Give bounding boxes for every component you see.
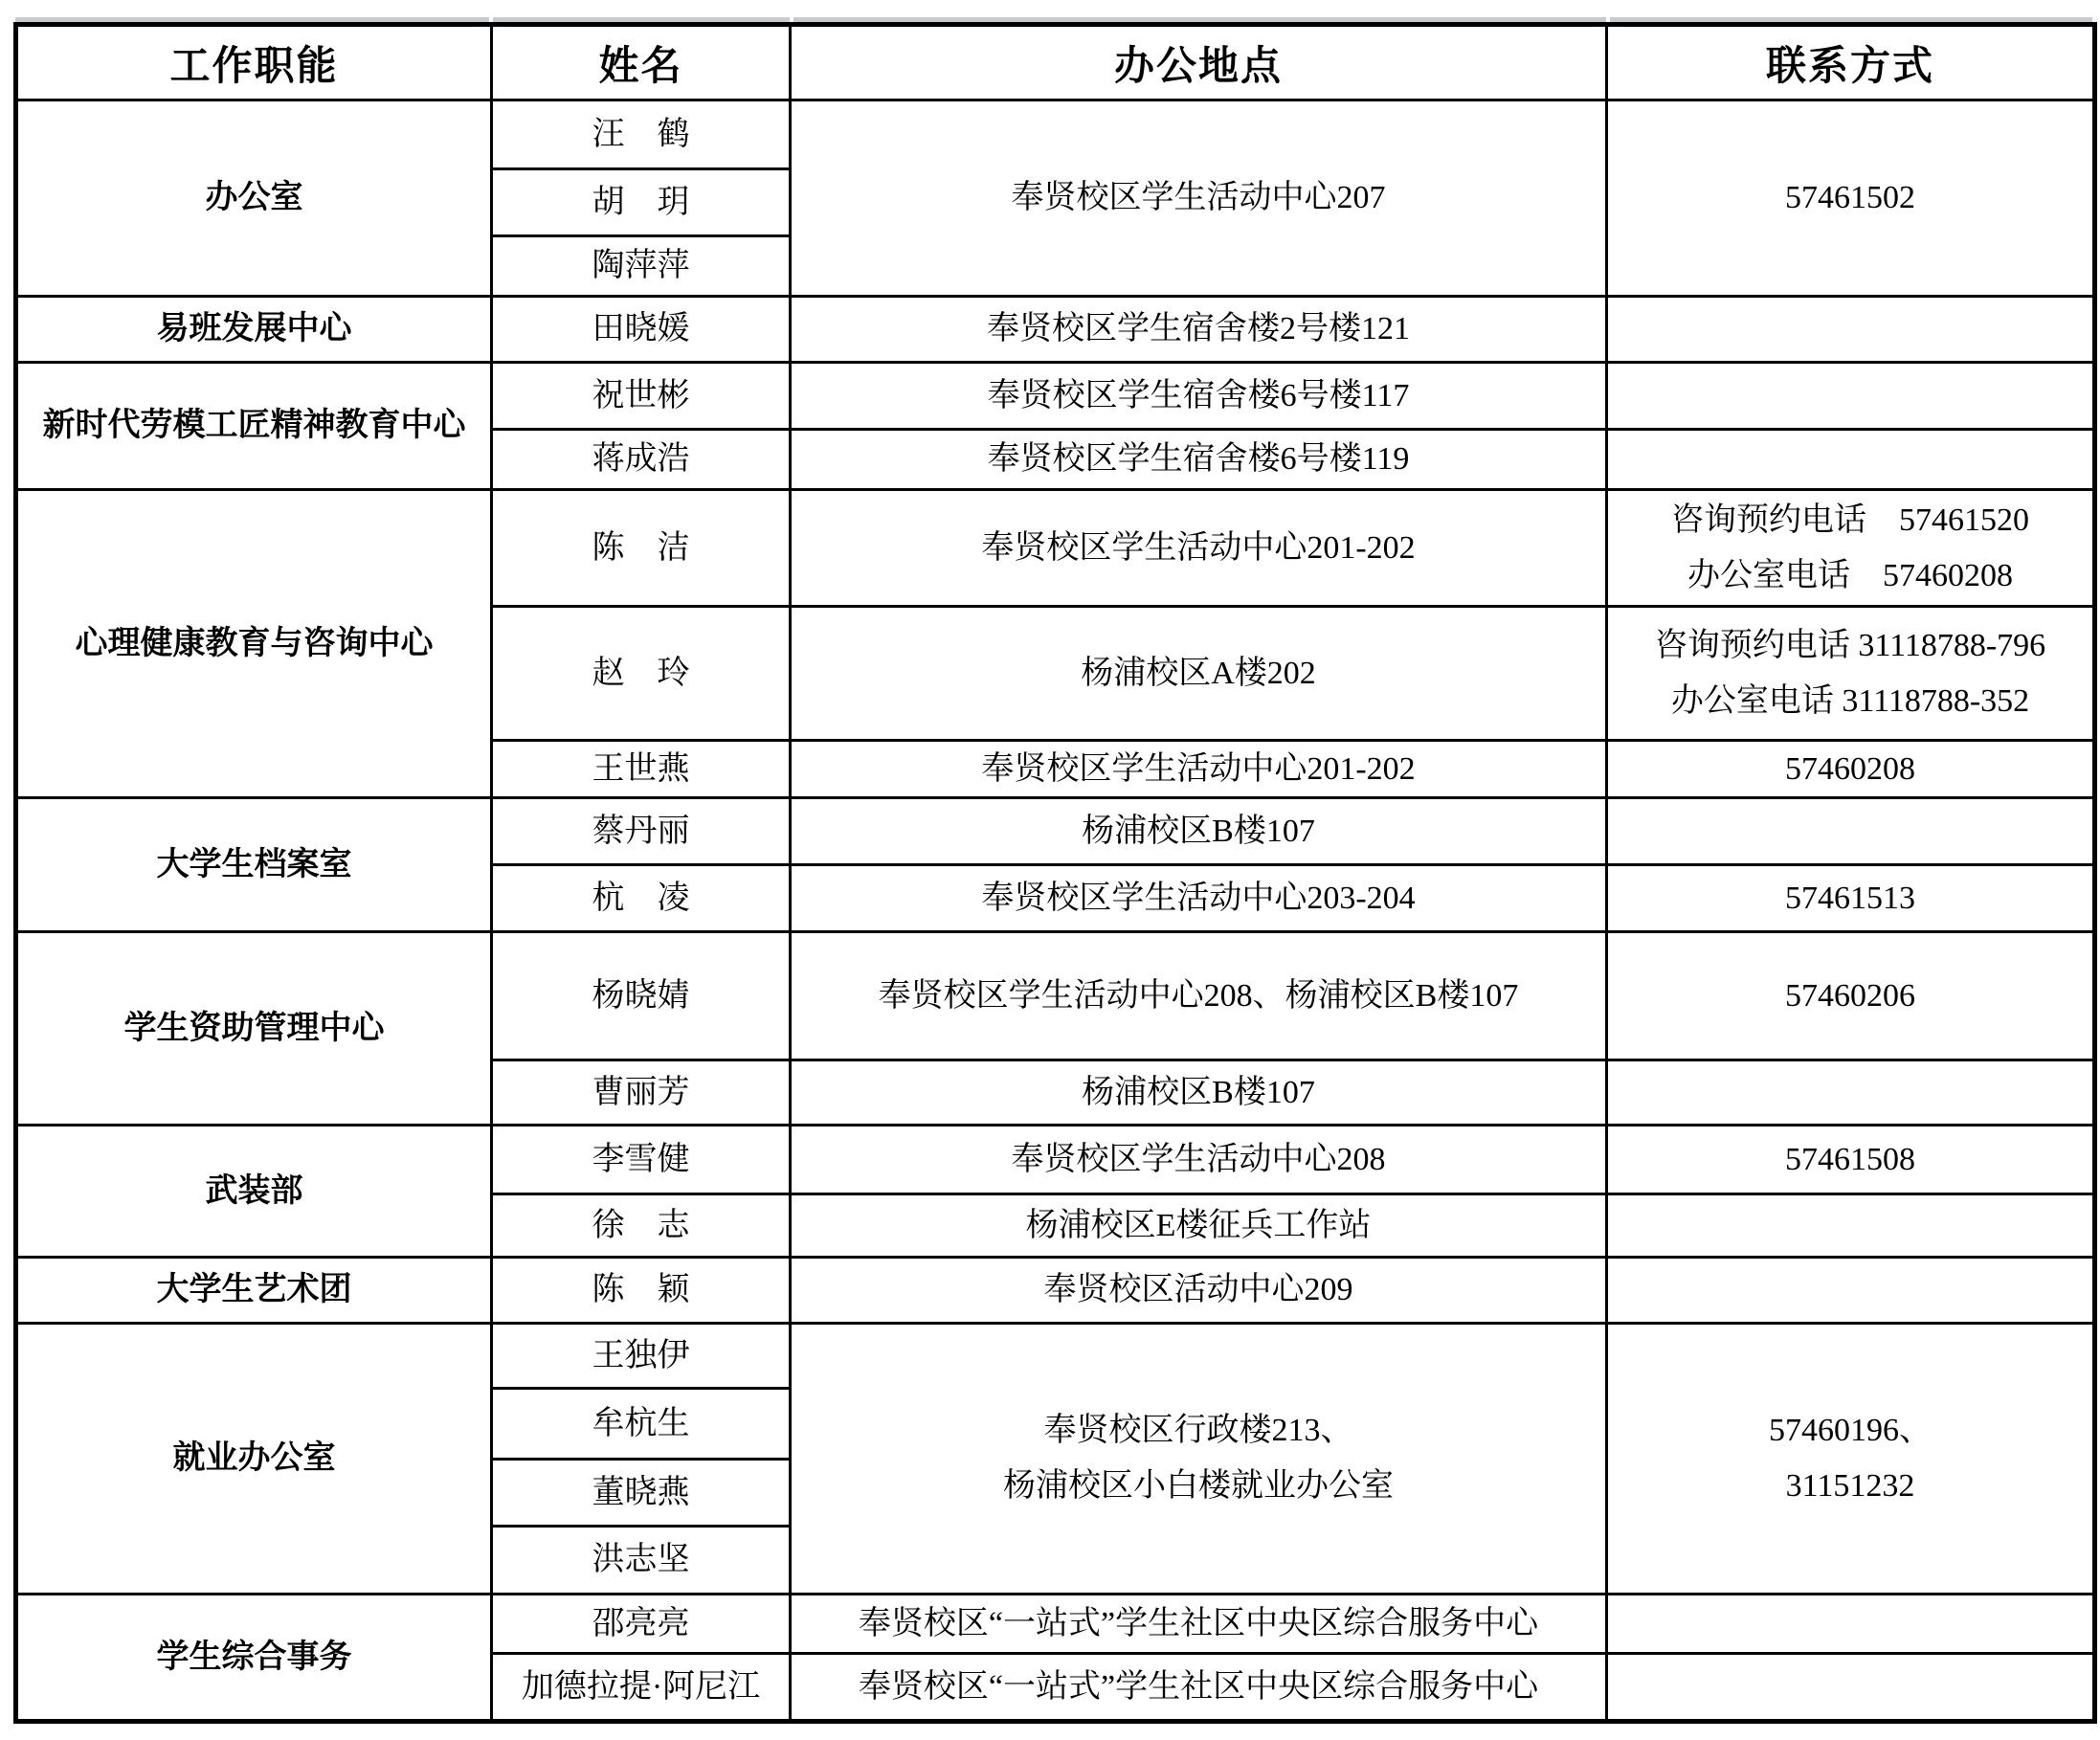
function-cell: 大学生艺术团 — [16, 1258, 492, 1324]
location-cell: 奉贤校区学生活动中心203-204 — [791, 865, 1607, 932]
function-cell: 学生综合事务 — [16, 1595, 492, 1722]
contact-line: 办公室电话 31118788-352 — [1614, 674, 2087, 729]
table-row: 大学生档案室 蔡丹丽 杨浦校区B楼107 — [16, 798, 2095, 865]
contact-cell — [1607, 1258, 2095, 1324]
contact-cell: 57461502 — [1607, 100, 2095, 297]
name-cell: 洪志坚 — [492, 1527, 791, 1595]
location-line: 杨浦校区小白楼就业办公室 — [797, 1459, 1599, 1514]
contact-cell: 57460208 — [1607, 741, 2095, 798]
location-cell: 奉贤校区活动中心209 — [791, 1258, 1607, 1324]
contact-line: 31151232 — [1614, 1459, 2087, 1514]
name-cell: 徐 志 — [492, 1194, 791, 1258]
location-cell: 奉贤校区学生活动中心207 — [791, 100, 1607, 297]
name-cell: 加德拉提·阿尼江 — [492, 1654, 791, 1722]
location-cell: 奉贤校区学生宿舍楼2号楼121 — [791, 297, 1607, 363]
name-cell: 田晓媛 — [492, 297, 791, 363]
contact-cell — [1607, 297, 2095, 363]
contact-cell — [1607, 430, 2095, 490]
location-cell: 奉贤校区学生活动中心208 — [791, 1126, 1607, 1194]
name-cell: 陈 洁 — [492, 490, 791, 607]
table-row: 易班发展中心 田晓媛 奉贤校区学生宿舍楼2号楼121 — [16, 297, 2095, 363]
header-function: 工作职能 — [16, 25, 492, 100]
name-cell: 王独伊 — [492, 1324, 791, 1389]
table-row: 心理健康教育与咨询中心 陈 洁 奉贤校区学生活动中心201-202 咨询预约电话… — [16, 490, 2095, 607]
name-cell: 汪 鹤 — [492, 100, 791, 169]
name-cell: 陶萍萍 — [492, 236, 791, 297]
name-cell: 牟杭生 — [492, 1389, 791, 1460]
header-row: 工作职能 姓名 办公地点 联系方式 — [16, 25, 2095, 100]
location-cell: 奉贤校区行政楼213、 杨浦校区小白楼就业办公室 — [791, 1324, 1607, 1595]
table-row: 办公室 汪 鹤 奉贤校区学生活动中心207 57461502 — [16, 100, 2095, 169]
location-cell: 奉贤校区学生宿舍楼6号楼119 — [791, 430, 1607, 490]
contact-line: 咨询预约电话 31118788-796 — [1614, 618, 2087, 674]
location-cell: 奉贤校区学生宿舍楼6号楼117 — [791, 363, 1607, 430]
table-row: 就业办公室 王独伊 奉贤校区行政楼213、 杨浦校区小白楼就业办公室 57460… — [16, 1324, 2095, 1389]
function-cell: 就业办公室 — [16, 1324, 492, 1595]
location-cell: 奉贤校区学生活动中心208、杨浦校区B楼107 — [791, 932, 1607, 1060]
name-cell: 王世燕 — [492, 741, 791, 798]
name-cell: 杨晓婧 — [492, 932, 791, 1060]
table-row: 武装部 李雪健 奉贤校区学生活动中心208 57461508 — [16, 1126, 2095, 1194]
contact-cell: 咨询预约电话 57461520 办公室电话 57460208 — [1607, 490, 2095, 607]
name-cell: 曹丽芳 — [492, 1060, 791, 1126]
header-name: 姓名 — [492, 25, 791, 100]
contact-cell: 57460206 — [1607, 932, 2095, 1060]
contact-cell — [1607, 1595, 2095, 1654]
name-cell: 胡 玥 — [492, 169, 791, 236]
name-cell: 祝世彬 — [492, 363, 791, 430]
location-cell: 奉贤校区“一站式”学生社区中央区综合服务中心 — [791, 1595, 1607, 1654]
function-cell: 心理健康教育与咨询中心 — [16, 490, 492, 798]
header-location: 办公地点 — [791, 25, 1607, 100]
contact-line: 57460196、 — [1614, 1403, 2087, 1459]
contact-cell: 57461508 — [1607, 1126, 2095, 1194]
table-row: 新时代劳模工匠精神教育中心 祝世彬 奉贤校区学生宿舍楼6号楼117 — [16, 363, 2095, 430]
name-cell: 邵亮亮 — [492, 1595, 791, 1654]
name-cell: 李雪健 — [492, 1126, 791, 1194]
function-cell: 大学生档案室 — [16, 798, 492, 932]
header-contact: 联系方式 — [1607, 25, 2095, 100]
page: 工作职能 姓名 办公地点 联系方式 办公室 汪 鹤 奉贤校区学生活动中心207 … — [0, 0, 2100, 1740]
name-cell: 赵 玲 — [492, 607, 791, 741]
function-cell: 学生资助管理中心 — [16, 932, 492, 1126]
function-cell: 新时代劳模工匠精神教育中心 — [16, 363, 492, 490]
name-cell: 董晓燕 — [492, 1460, 791, 1527]
location-cell: 杨浦校区E楼征兵工作站 — [791, 1194, 1607, 1258]
function-cell: 易班发展中心 — [16, 297, 492, 363]
contact-cell: 57461513 — [1607, 865, 2095, 932]
function-cell: 武装部 — [16, 1126, 492, 1258]
contact-line: 咨询预约电话 57461520 — [1614, 493, 2087, 548]
contact-cell — [1607, 798, 2095, 865]
table-row: 大学生艺术团 陈 颖 奉贤校区活动中心209 — [16, 1258, 2095, 1324]
contact-cell — [1607, 363, 2095, 430]
location-cell: 杨浦校区B楼107 — [791, 1060, 1607, 1126]
function-cell: 办公室 — [16, 100, 492, 297]
location-cell: 奉贤校区学生活动中心201-202 — [791, 490, 1607, 607]
name-cell: 杭 凌 — [492, 865, 791, 932]
contact-cell: 57460196、 31151232 — [1607, 1324, 2095, 1595]
contact-cell — [1607, 1060, 2095, 1126]
contact-cell — [1607, 1654, 2095, 1722]
table-row: 学生综合事务 邵亮亮 奉贤校区“一站式”学生社区中央区综合服务中心 — [16, 1595, 2095, 1654]
location-cell: 奉贤校区学生活动中心201-202 — [791, 741, 1607, 798]
location-cell: 奉贤校区“一站式”学生社区中央区综合服务中心 — [791, 1654, 1607, 1722]
name-cell: 蔡丹丽 — [492, 798, 791, 865]
location-cell: 杨浦校区A楼202 — [791, 607, 1607, 741]
contact-cell — [1607, 1194, 2095, 1258]
name-cell: 陈 颖 — [492, 1258, 791, 1324]
contact-cell: 咨询预约电话 31118788-796 办公室电话 31118788-352 — [1607, 607, 2095, 741]
name-cell: 蒋成浩 — [492, 430, 791, 490]
location-line: 奉贤校区行政楼213、 — [797, 1403, 1599, 1459]
location-cell: 杨浦校区B楼107 — [791, 798, 1607, 865]
staff-contact-table: 工作职能 姓名 办公地点 联系方式 办公室 汪 鹤 奉贤校区学生活动中心207 … — [13, 22, 2097, 1724]
contact-line: 办公室电话 57460208 — [1614, 548, 2087, 604]
table-row: 学生资助管理中心 杨晓婧 奉贤校区学生活动中心208、杨浦校区B楼107 574… — [16, 932, 2095, 1060]
